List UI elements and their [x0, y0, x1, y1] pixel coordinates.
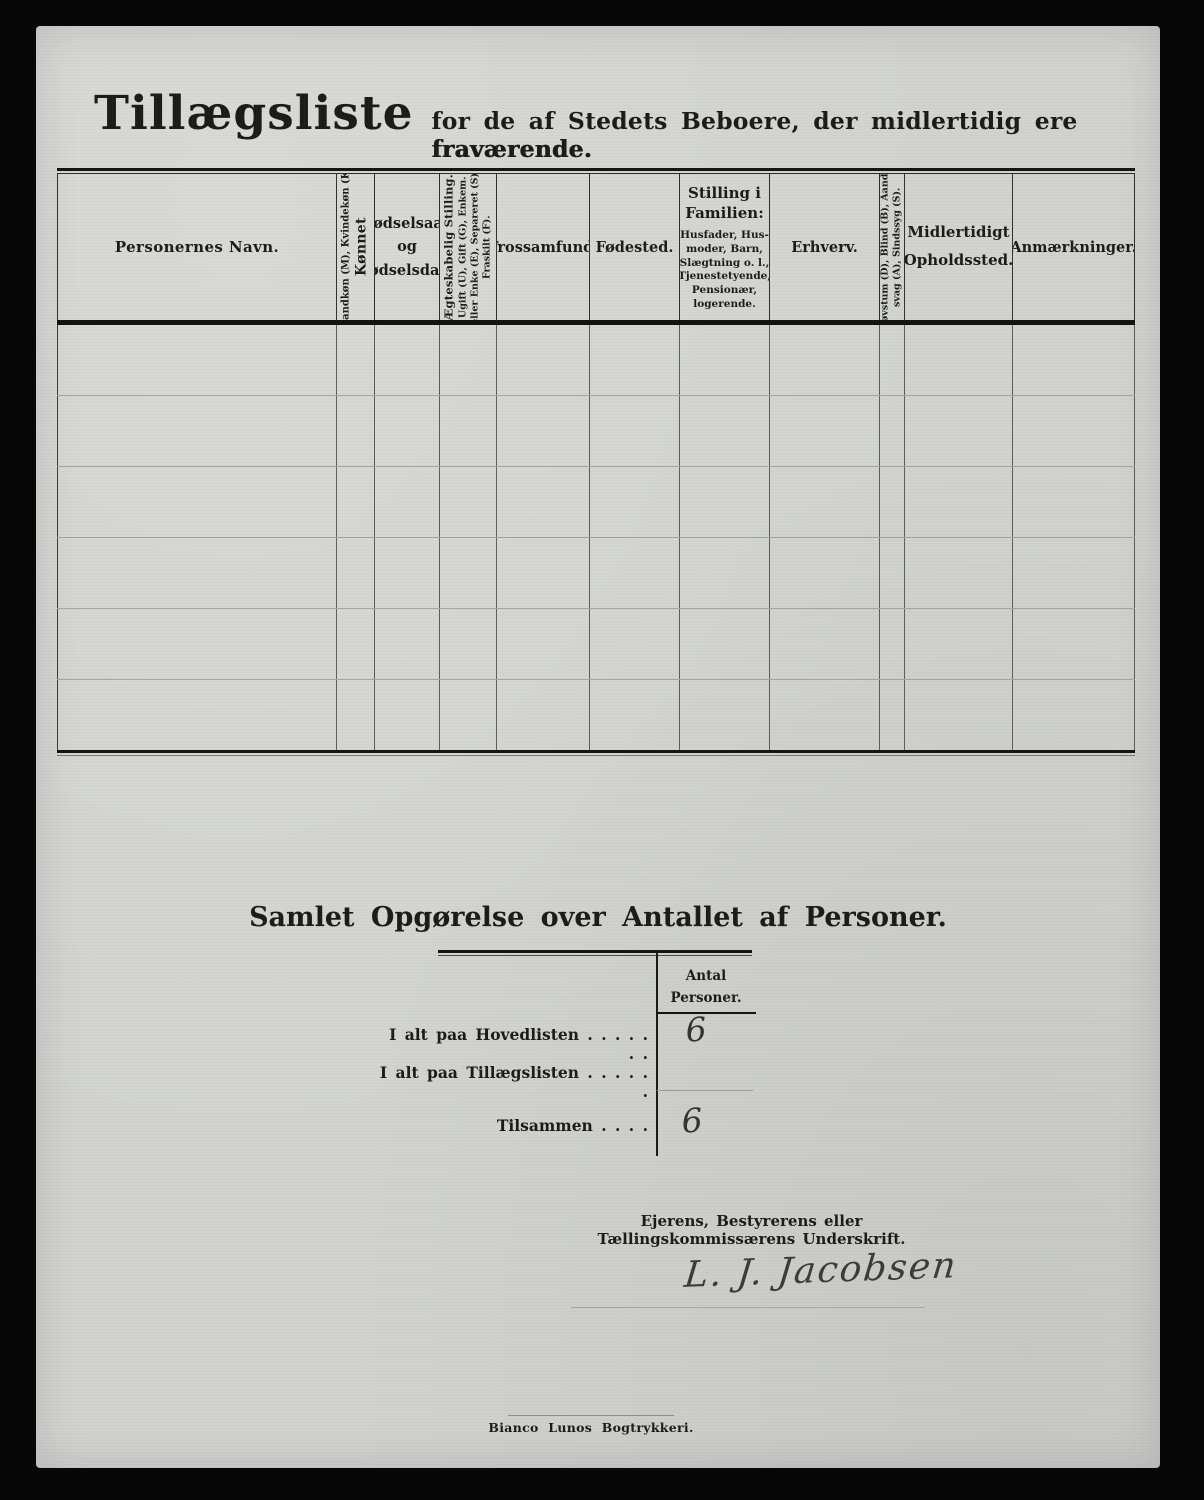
- signature-handwritten: L. J. Jacobsen: [674, 1245, 968, 1296]
- summary-column-header: Antal Personer.: [658, 966, 754, 1009]
- table-cell-empty: [905, 396, 1013, 466]
- table-cell-empty: [770, 396, 880, 466]
- table-cell-empty: [680, 467, 770, 537]
- col-header-remarks: Anmærkninger.: [1013, 174, 1135, 320]
- table-cell-empty: [905, 467, 1013, 537]
- table-cell-empty: [337, 609, 375, 679]
- summary-heading: Samlet Opgørelse over Antallet af Person…: [36, 902, 1160, 933]
- table-cell-empty: [57, 396, 337, 466]
- form-title-emphasis: fraværende.: [431, 135, 591, 163]
- table-cell-empty: [590, 609, 680, 679]
- table-cell-empty: [770, 538, 880, 608]
- table-cell-empty: [440, 325, 497, 395]
- table-cell-empty: [680, 609, 770, 679]
- summary-row-label: I alt paa Hovedlisten . . . . . . .: [376, 1025, 648, 1063]
- table-cell-empty: [590, 680, 680, 750]
- col-header-name: Personernes Navn.: [57, 174, 337, 320]
- summary-top-rule: [438, 950, 752, 956]
- table-row: [57, 325, 1135, 396]
- table-cell-empty: [57, 325, 337, 395]
- form-title-main: Tillægsliste: [94, 86, 413, 141]
- table-cell-empty: [680, 538, 770, 608]
- col-header-religion: Trossamfund.: [497, 174, 590, 320]
- table-cell-empty: [337, 325, 375, 395]
- table-cell-empty: [57, 609, 337, 679]
- summary-row-label: I alt paa Tillægslisten . . . . . .: [376, 1063, 648, 1101]
- table-cell-empty: [770, 325, 880, 395]
- table-cell-empty: [905, 609, 1013, 679]
- table-cell-empty: [440, 680, 497, 750]
- table-cell-empty: [905, 538, 1013, 608]
- table-cell-empty: [337, 467, 375, 537]
- col-header-birth: Fødselsaar og Fødselsdag.: [375, 174, 440, 320]
- table-cell-empty: [770, 609, 880, 679]
- table-cell-empty: [497, 680, 590, 750]
- table-cell-empty: [57, 467, 337, 537]
- table-cell-empty: [337, 396, 375, 466]
- table-cell-empty: [440, 396, 497, 466]
- col-header-family-position: Stilling i Familien: Husfader, Hus- mode…: [680, 174, 770, 320]
- summary-row-value-handwritten: 6: [673, 1009, 720, 1051]
- table-cell-empty: [905, 680, 1013, 750]
- summary-row-label: Tilsammen . . . .: [376, 1116, 648, 1135]
- table-cell-empty: [440, 538, 497, 608]
- form-title-subtitle: for de af Stedets Beboere, der midlertid…: [431, 107, 1134, 163]
- table-cell-empty: [1013, 680, 1135, 750]
- signature-label: Ejerens, Bestyrerens eller Tællingskommi…: [559, 1212, 944, 1248]
- table-cell-empty: [590, 467, 680, 537]
- table-cell-empty: [375, 609, 440, 679]
- table-bottom-rule-thin: [57, 755, 1135, 756]
- table-cell-empty: [1013, 396, 1135, 466]
- table-cell-empty: [440, 609, 497, 679]
- table-cell-empty: [880, 538, 905, 608]
- table-cell-empty: [57, 538, 337, 608]
- table-cell-empty: [497, 325, 590, 395]
- table-body: [57, 325, 1135, 750]
- form-title: Tillægsliste for de af Stedets Beboere, …: [94, 86, 1134, 163]
- printer-imprint-rule: [508, 1415, 674, 1416]
- printer-imprint: Bianco Lunos Bogtrykkeri.: [456, 1420, 726, 1435]
- col-header-marital-status: Ægteskabelig Stilling. Ugift (U), Gift (…: [440, 174, 497, 320]
- table-row: [57, 467, 1135, 538]
- table-cell-empty: [880, 467, 905, 537]
- table-cell-empty: [1013, 325, 1135, 395]
- table-row: [57, 609, 1135, 680]
- table-cell-empty: [497, 467, 590, 537]
- document-page: Tillægsliste for de af Stedets Beboere, …: [36, 26, 1160, 1468]
- table-cell-empty: [590, 538, 680, 608]
- table-row: [57, 538, 1135, 609]
- col-header-birthplace: Fødested.: [590, 174, 680, 320]
- table-cell-empty: [770, 467, 880, 537]
- table-cell-empty: [497, 609, 590, 679]
- table-cell-empty: [375, 680, 440, 750]
- table-row: [57, 396, 1135, 467]
- table-cell-empty: [770, 680, 880, 750]
- signature-line: [571, 1307, 925, 1308]
- table-cell-empty: [337, 680, 375, 750]
- table-cell-empty: [680, 325, 770, 395]
- table-header-row: Personernes Navn. Mandkøn (M), Kvindekøn…: [57, 174, 1135, 320]
- table-cell-empty: [590, 325, 680, 395]
- scanned-census-form: { "title": { "main": "Tillægsliste", "su…: [0, 0, 1204, 1500]
- census-table: Personernes Navn. Mandkøn (M), Kvindekøn…: [57, 168, 1135, 756]
- table-top-rule-heavy: [57, 168, 1135, 171]
- table-cell-empty: [880, 609, 905, 679]
- col-header-disabilities: Døvstum (D), Blind (B), Aands- svag (A),…: [880, 174, 905, 320]
- table-cell-empty: [337, 538, 375, 608]
- table-cell-empty: [440, 467, 497, 537]
- table-cell-empty: [375, 538, 440, 608]
- table-bottom-rule-heavy: [57, 750, 1135, 753]
- table-cell-empty: [497, 538, 590, 608]
- table-cell-empty: [375, 467, 440, 537]
- table-cell-empty: [375, 325, 440, 395]
- table-cell-empty: [880, 325, 905, 395]
- table-cell-empty: [497, 396, 590, 466]
- summary-row-value-handwritten: 6: [669, 1100, 716, 1142]
- table-cell-empty: [680, 396, 770, 466]
- col-header-occupation: Erhverv.: [770, 174, 880, 320]
- table-cell-empty: [880, 396, 905, 466]
- table-cell-empty: [375, 396, 440, 466]
- table-cell-empty: [680, 680, 770, 750]
- table-row: [57, 680, 1135, 750]
- table-cell-empty: [590, 396, 680, 466]
- table-cell-empty: [880, 680, 905, 750]
- col-header-temporary-residence: Midlertidigt Opholdssted.: [905, 174, 1013, 320]
- table-cell-empty: [1013, 609, 1135, 679]
- table-cell-empty: [1013, 538, 1135, 608]
- table-cell-empty: [905, 325, 1013, 395]
- table-cell-empty: [1013, 467, 1135, 537]
- table-cell-empty: [57, 680, 337, 750]
- summary-subtotal-rule: [657, 1090, 753, 1091]
- col-header-sex: Mandkøn (M), Kvindekøn (K). Kønnet: [337, 174, 375, 320]
